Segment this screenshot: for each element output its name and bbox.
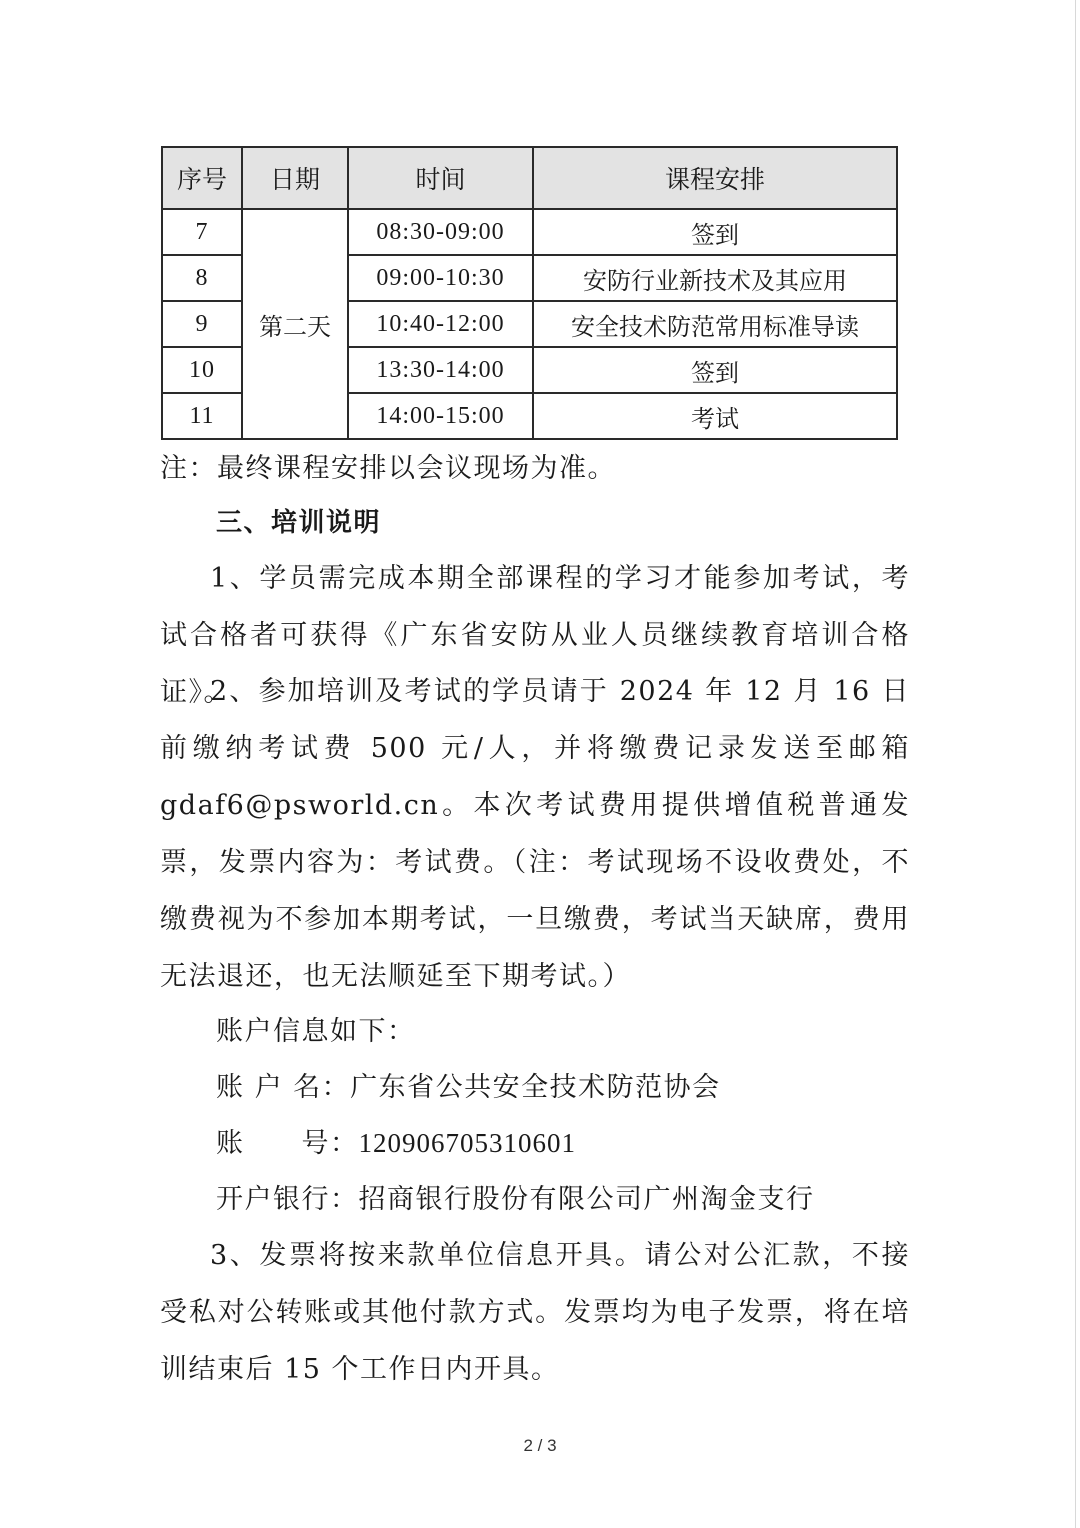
- cell-date: 第二天: [242, 209, 348, 439]
- cell-course: 考试: [533, 393, 897, 439]
- account-number-line: 账 号：120906705310601: [216, 1115, 966, 1172]
- table-note: 注：最终课程安排以会议现场为准。: [160, 440, 910, 497]
- account-name-label: 账 户 名：: [216, 1072, 350, 1103]
- account-name-line: 账 户 名：广东省公共安全技术防范协会: [216, 1059, 966, 1116]
- table-header-row: 序号 日期 时间 课程安排: [162, 147, 897, 209]
- header-course: 课程安排: [533, 147, 897, 209]
- page-edge: [1075, 0, 1076, 1528]
- cell-no: 7: [162, 209, 242, 255]
- header-no: 序号: [162, 147, 242, 209]
- account-bank-line: 开户银行：招商银行股份有限公司广州淘金支行: [216, 1171, 966, 1228]
- account-name-value: 广东省公共安全技术防范协会: [350, 1072, 721, 1103]
- account-intro: 账户信息如下：: [216, 1003, 966, 1060]
- header-time: 时间: [348, 147, 533, 209]
- account-bank-label: 开户银行：: [216, 1184, 359, 1215]
- paragraph-3: 3、发票将按来款单位信息开具。请公对公汇款，不接受私对公转账或其他付款方式。发票…: [160, 1227, 910, 1398]
- paragraph-2: 2、参加培训及考试的学员请于 2024 年 12 月 16 日前缴纳考试费 50…: [160, 663, 910, 1005]
- cell-no: 11: [162, 393, 242, 439]
- table-row: 7 第二天 08:30-09:00 签到: [162, 209, 897, 255]
- schedule-table: 序号 日期 时间 课程安排 7 第二天 08:30-09:00 签到 8 09:…: [161, 146, 898, 440]
- cell-course: 安防行业新技术及其应用: [533, 255, 897, 301]
- header-date: 日期: [242, 147, 348, 209]
- cell-course: 安全技术防范常用标准导读: [533, 301, 897, 347]
- cell-time: 09:00-10:30: [348, 255, 533, 301]
- cell-time: 10:40-12:00: [348, 301, 533, 347]
- section-heading: 三、培训说明: [216, 495, 966, 552]
- cell-no: 8: [162, 255, 242, 301]
- cell-no: 10: [162, 347, 242, 393]
- cell-course: 签到: [533, 209, 897, 255]
- account-number-label: 账 号：: [216, 1128, 359, 1159]
- account-number-value: 120906705310601: [359, 1128, 577, 1158]
- cell-course: 签到: [533, 347, 897, 393]
- account-bank-value: 招商银行股份有限公司广州淘金支行: [359, 1184, 815, 1215]
- cell-time: 14:00-15:00: [348, 393, 533, 439]
- cell-no: 9: [162, 301, 242, 347]
- page-number: 2 / 3: [0, 1436, 1080, 1456]
- cell-time: 13:30-14:00: [348, 347, 533, 393]
- cell-time: 08:30-09:00: [348, 209, 533, 255]
